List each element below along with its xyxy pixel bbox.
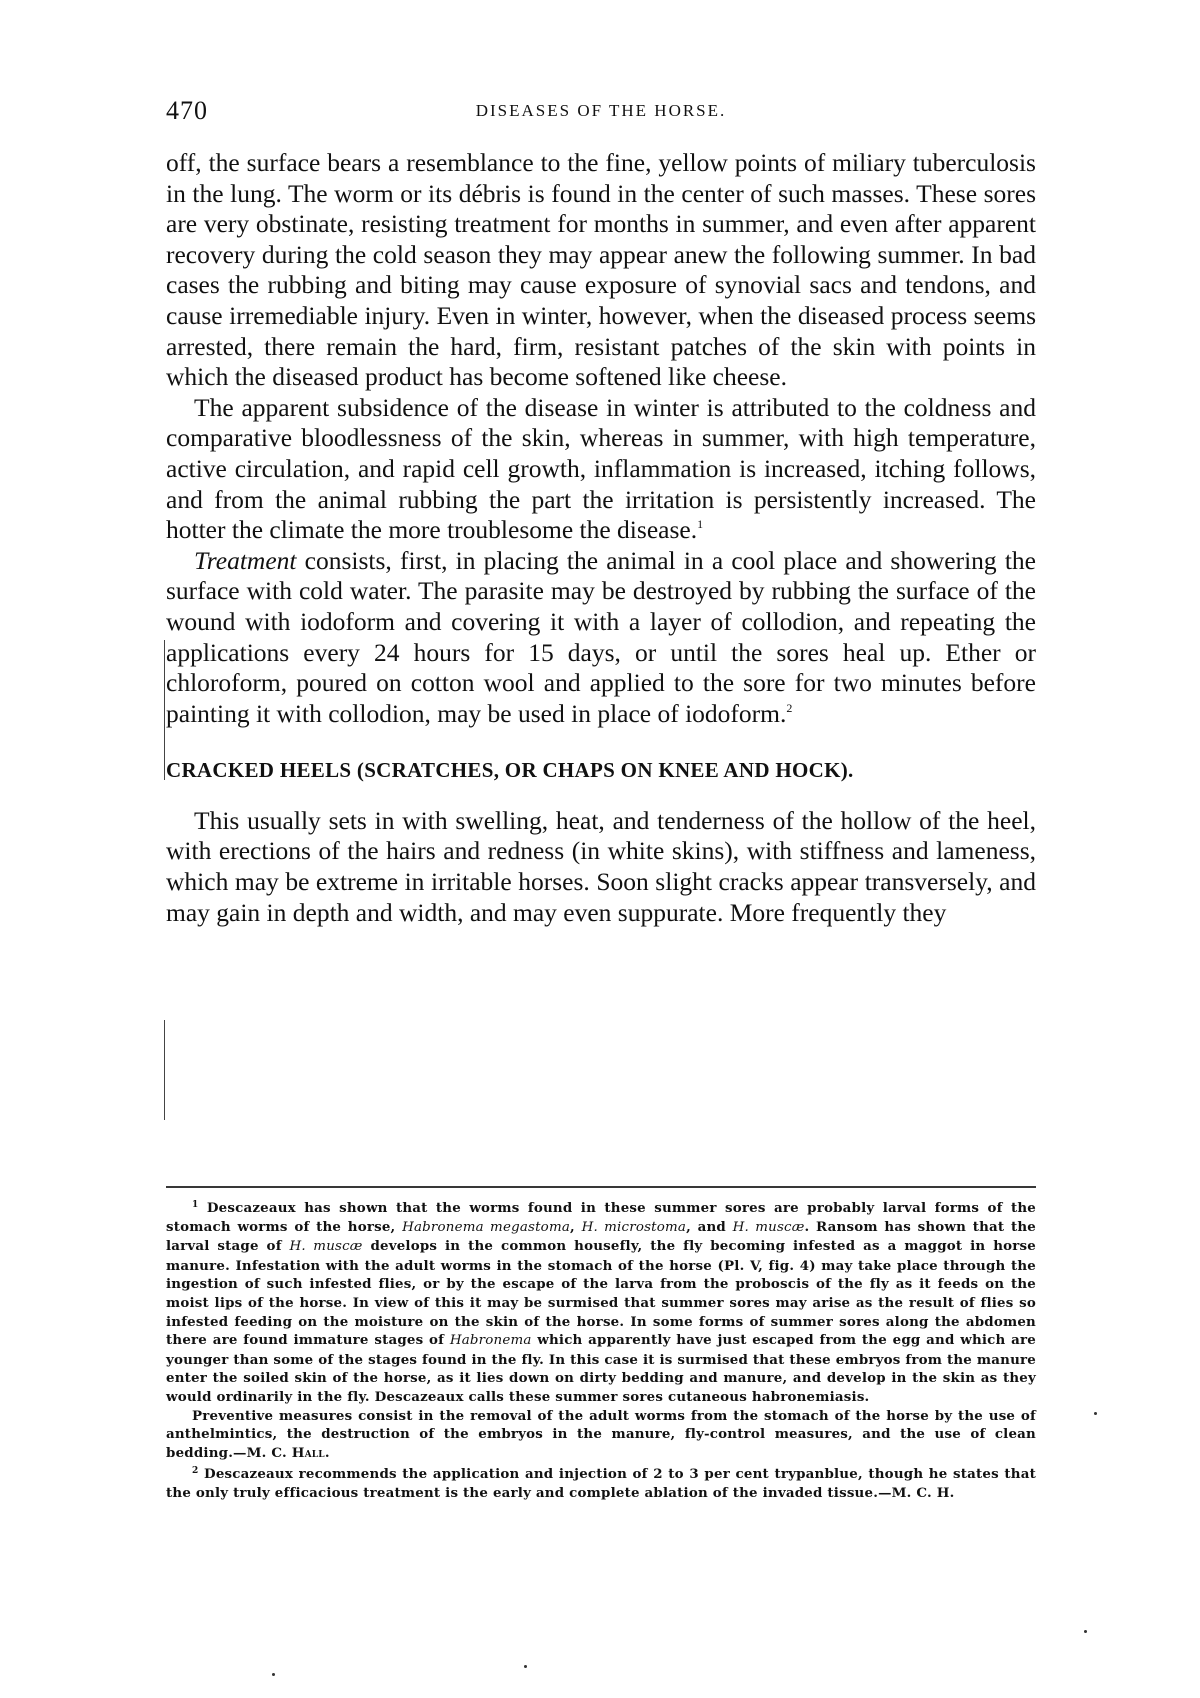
scan-artifact-dot — [524, 1665, 527, 1668]
scanned-book-page: 470 DISEASES OF THE HORSE. off, the surf… — [0, 0, 1200, 1698]
scan-artifact-dot — [1084, 1630, 1087, 1633]
paragraph-cracked-heels: This usually sets in with swelling, heat… — [166, 806, 1036, 928]
treatment-lead: Treatment — [194, 546, 296, 575]
paragraph-text: off, the surface bears a resemblance to … — [166, 148, 1036, 391]
scan-artifact-line — [164, 1020, 165, 1120]
paragraph-text: This usually sets in with swelling, heat… — [166, 806, 1036, 927]
scan-artifact-dot — [272, 1673, 275, 1676]
footnote-ref-2[interactable]: 2 — [786, 701, 792, 715]
species-name: H. microstoma — [582, 1220, 687, 1235]
scan-artifact-dot — [1006, 436, 1009, 439]
body-text: off, the surface bears a resemblance to … — [166, 148, 1036, 928]
paragraph-continuation: off, the surface bears a resemblance to … — [166, 148, 1036, 393]
species-name: Habronema — [450, 1333, 532, 1348]
footnote-signature: M. C. Hall. — [247, 1445, 330, 1461]
paragraph-text: consists, first, in placing the animal i… — [166, 546, 1036, 728]
footnote-divider — [166, 1186, 1036, 1188]
species-name: H. muscæ — [733, 1220, 805, 1235]
species-name: H. muscæ — [290, 1239, 363, 1254]
running-title: DISEASES OF THE HORSE. — [166, 101, 1036, 121]
paragraph-text: The apparent subsidence of the disease i… — [166, 393, 1036, 544]
footnotes: 1 Descazeaux has shown that the worms fo… — [166, 1196, 1036, 1503]
footnote-1-continued: Preventive measures consist in the remov… — [166, 1407, 1036, 1463]
paragraph-subsidence: The apparent subsidence of the disease i… — [166, 393, 1036, 546]
scan-artifact-dot — [1094, 1412, 1097, 1415]
section-heading: CRACKED HEELS (SCRATCHES, OR CHAPS ON KN… — [166, 755, 1036, 786]
running-head: 470 DISEASES OF THE HORSE. — [166, 96, 1036, 136]
footnote-2: 2 Descazeaux recommends the application … — [166, 1462, 1036, 1502]
footnote-1: 1 Descazeaux has shown that the worms fo… — [166, 1196, 1036, 1407]
footnote-text: Descazeaux recommends the application an… — [166, 1466, 1036, 1501]
footnote-ref-1[interactable]: 1 — [697, 517, 703, 531]
paragraph-treatment: Treatment consists, first, in placing th… — [166, 546, 1036, 730]
footnote-text: , and — [686, 1219, 733, 1235]
species-name: Habronema megastoma — [402, 1220, 570, 1235]
footnote-text: , — [570, 1219, 582, 1235]
scan-artifact-line — [164, 640, 165, 780]
